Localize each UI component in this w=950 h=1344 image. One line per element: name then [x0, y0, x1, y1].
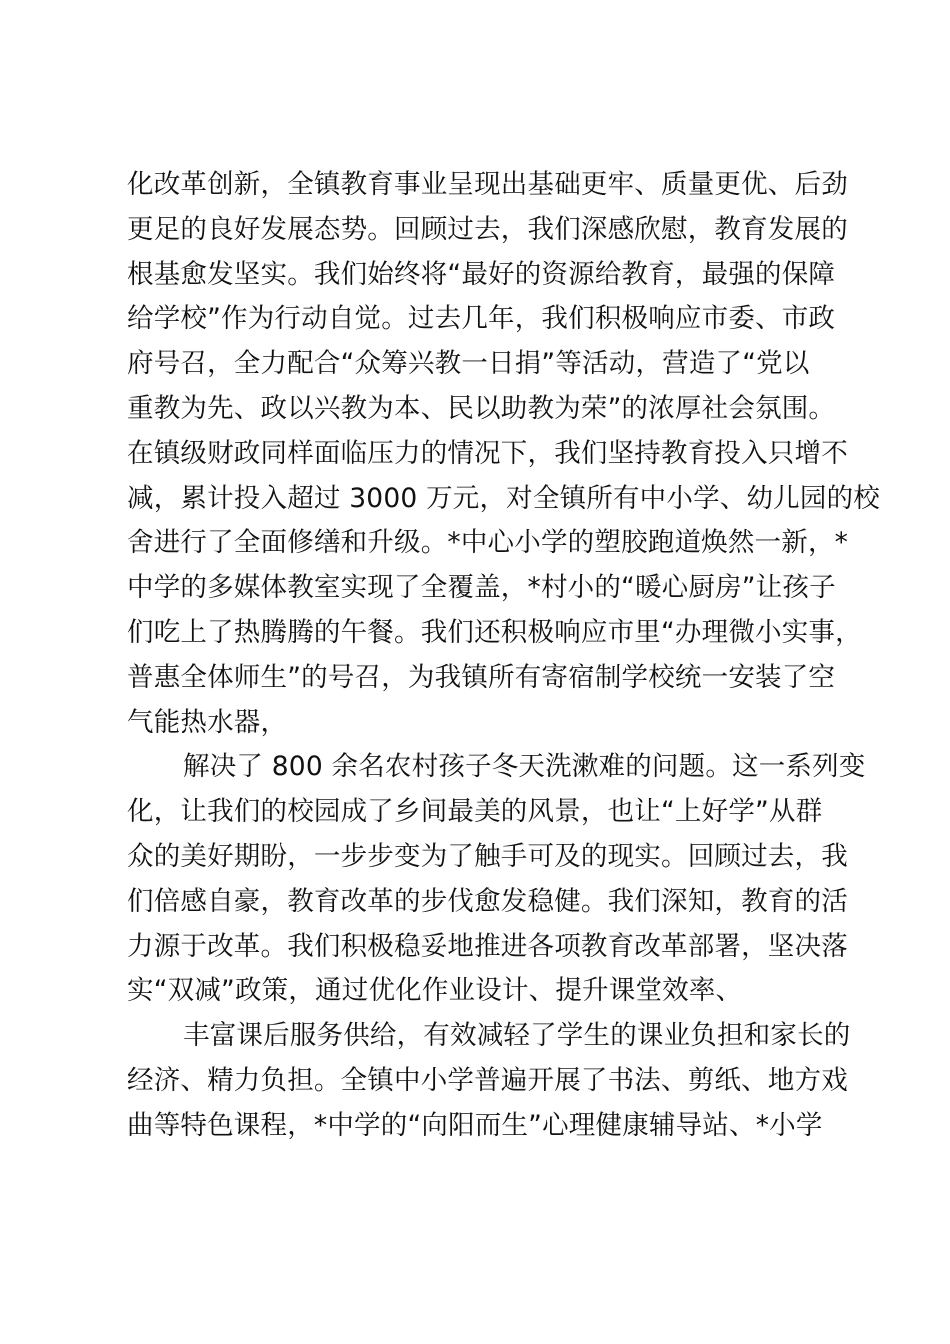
text-line: 府号召，全力配合“众筹兴教一日捐”等活动，营造了“党以: [127, 342, 847, 387]
text-line: 更足的良好发展态势。回顾过去，我们深感欣慰，教育发展的: [127, 208, 847, 253]
document-body: 化改革创新，全镇教育事业呈现出基础更牢、质量更优、后劲 更足的良好发展态势。回顾…: [127, 163, 847, 1149]
text-line: 普惠全体师生”的号召，为我镇所有寄宿制学校统一安装了空: [127, 656, 847, 701]
text-line: 实“双减”政策，通过优化作业设计、提升课堂效率、: [127, 969, 847, 1014]
text-line: 化改革创新，全镇教育事业呈现出基础更牢、质量更优、后劲: [127, 163, 847, 208]
text-line: 给学校”作为行动自觉。过去几年，我们积极响应市委、市政: [127, 297, 847, 342]
text-line: 气能热水器，: [127, 701, 847, 746]
paragraph-1: 化改革创新，全镇教育事业呈现出基础更牢、质量更优、后劲 更足的良好发展态势。回顾…: [127, 163, 847, 745]
text-line-indented: 解决了 800 余名农村孩子冬天洗漱难的问题。这一系列变: [127, 745, 847, 790]
text-line: 经济、精力负担。全镇中小学普遍开展了书法、剪纸、地方戏: [127, 1059, 847, 1104]
text-line: 根基愈发坚实。我们始终将“最好的资源给教育，最强的保障: [127, 253, 847, 298]
text-line: 重教为先、政以兴教为本、民以助教为荣”的浓厚社会氛围。: [127, 387, 847, 432]
text-line: 曲等特色课程，*中学的“向阳而生”心理健康辅导站、*小学: [127, 1104, 847, 1149]
text-line: 力源于改革。我们积极稳妥地推进各项教育改革部署，坚决落: [127, 925, 847, 970]
text-line: 们吃上了热腾腾的午餐。我们还积极响应市里“办理微小实事，: [127, 611, 847, 656]
text-line: 化，让我们的校园成了乡间最美的风景，也让“上好学”从群: [127, 790, 847, 835]
document-page: 化改革创新，全镇教育事业呈现出基础更牢、质量更优、后劲 更足的良好发展态势。回顾…: [0, 0, 950, 1344]
text-line: 减，累计投入超过 3000 万元，对全镇所有中小学、幼儿园的校: [127, 477, 847, 522]
text-line: 众的美好期盼，一步步变为了触手可及的现实。回顾过去，我: [127, 835, 847, 880]
paragraph-2: 解决了 800 余名农村孩子冬天洗漱难的问题。这一系列变 化，让我们的校园成了乡…: [127, 745, 847, 1014]
text-line: 舍进行了全面修缮和升级。*中心小学的塑胶跑道焕然一新，*: [127, 521, 847, 566]
text-line-indented: 丰富课后服务供给，有效减轻了学生的课业负担和家长的: [127, 1014, 847, 1059]
text-line: 们倍感自豪，教育改革的步伐愈发稳健。我们深知，教育的活: [127, 880, 847, 925]
text-line: 中学的多媒体教室实现了全覆盖，*村小的“暖心厨房”让孩子: [127, 566, 847, 611]
text-line: 在镇级财政同样面临压力的情况下，我们坚持教育投入只增不: [127, 432, 847, 477]
paragraph-3: 丰富课后服务供给，有效减轻了学生的课业负担和家长的 经济、精力负担。全镇中小学普…: [127, 1014, 847, 1148]
